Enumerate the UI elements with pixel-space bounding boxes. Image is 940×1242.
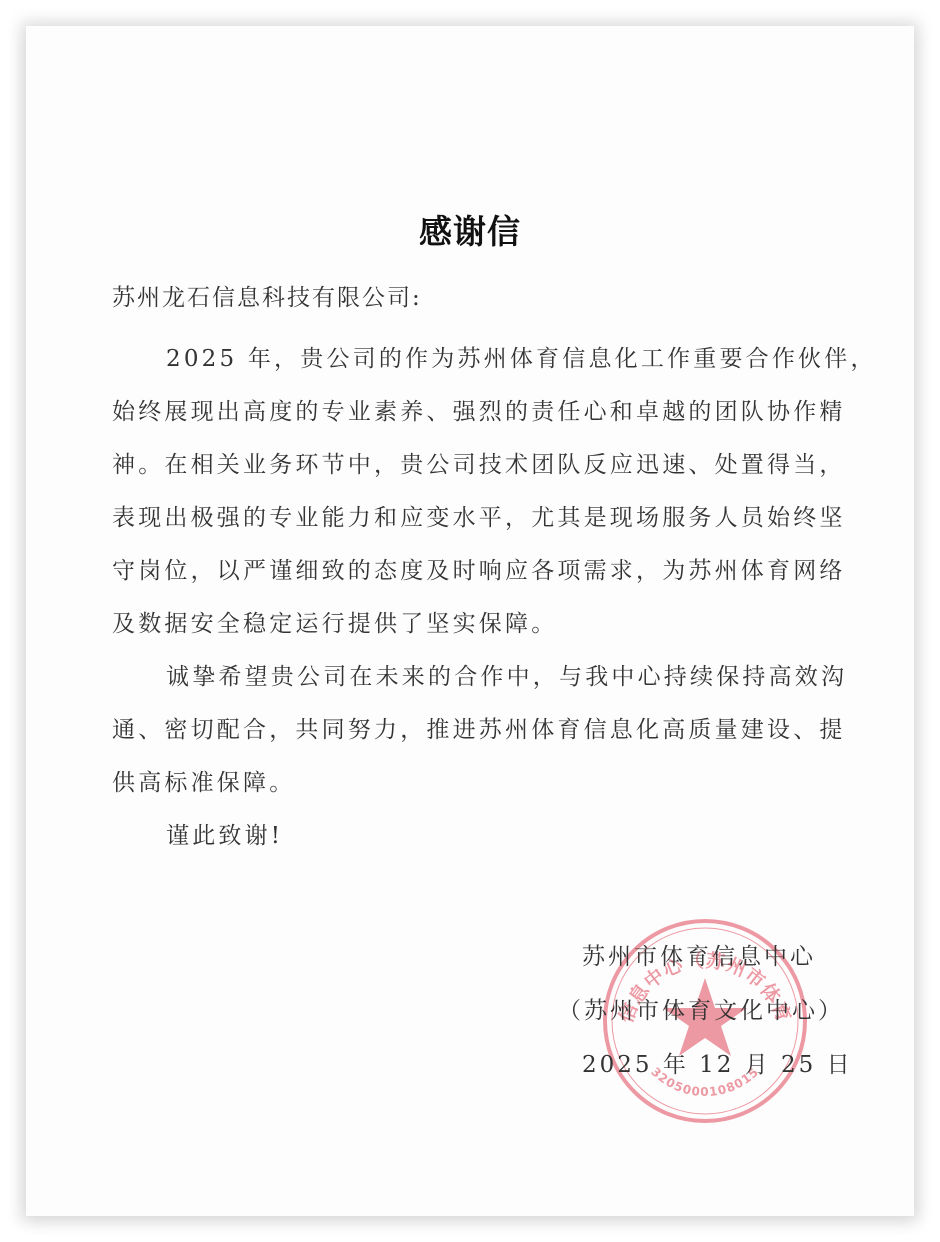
closing-line: 谨此致谢!: [166, 817, 283, 850]
paragraph-1-line-3: 神。在相关业务环节中，贵公司技术团队反应迅速、处置得当，: [112, 446, 846, 479]
paragraph-1-line-5: 守岗位，以严谨细致的态度及时响应各项需求，为苏州体育网络: [112, 552, 846, 585]
letter-page: 感谢信 苏州龙石信息科技有限公司: 2025 年，贵公司的作为苏州体育信息化工作…: [26, 26, 914, 1216]
paragraph-2-line-2: 通、密切配合，共同努力，推进苏州体育信息化高质量建设、提: [112, 711, 846, 744]
salutation: 苏州龙石信息科技有限公司:: [112, 279, 422, 312]
paragraph-1-line-2: 始终展现出高度的专业素养、强烈的责任心和卓越的团队协作精: [112, 393, 846, 426]
paragraph-1-line-4: 表现出极强的专业能力和应变水平，尤其是现场服务人员始终坚: [112, 499, 846, 532]
letter-title: 感谢信: [26, 206, 914, 253]
signature-org: 苏州市体育信息中心: [582, 938, 816, 971]
paragraph-1-line-1: 2025 年，贵公司的作为苏州体育信息化工作重要合作伙伴，: [166, 340, 877, 373]
signature-org-alias: （苏州市体育文化中心）: [558, 992, 844, 1025]
paragraph-2-line-1: 诚挚希望贵公司在未来的合作中，与我中心持续保持高效沟: [166, 658, 847, 691]
signature-date: 2025 年 12 月 25 日: [582, 1046, 853, 1079]
paragraph-1-line-6: 及数据安全稳定运行提供了坚实保障。: [112, 605, 557, 638]
paragraph-2-line-3: 供高标准保障。: [112, 764, 295, 797]
